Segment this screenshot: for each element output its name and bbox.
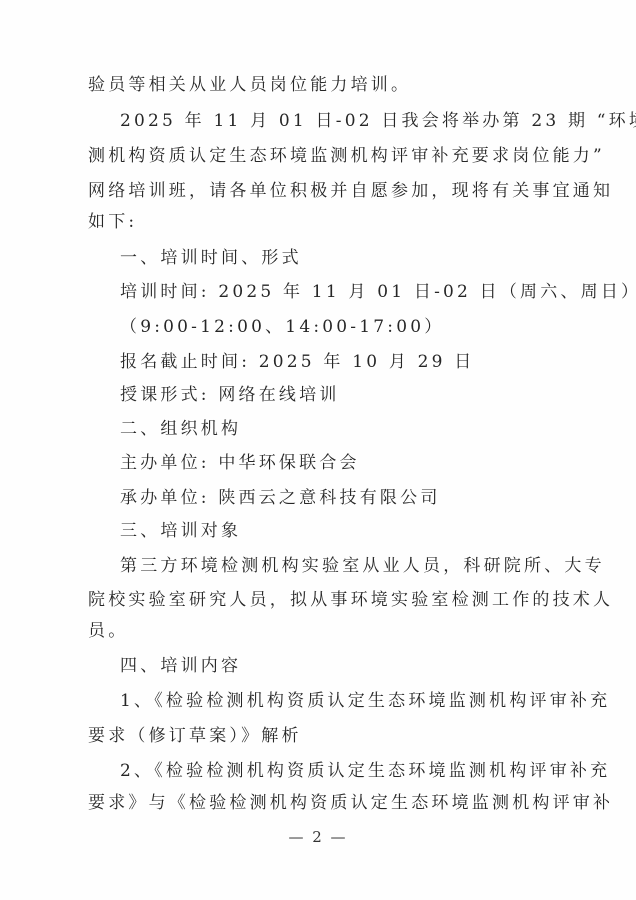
document-page: 验员等相关从业人员岗位能力培训。 2025 年 11 月 01 日-02 日我会… [0, 0, 636, 900]
paragraph-line: 员。 [88, 620, 548, 642]
section-heading-2: 二、组织机构 [120, 418, 580, 440]
content-item-2-cont: 要求》与《检验检测机构资质认定生态环境监测机构评审补 [88, 792, 548, 814]
section-heading-3: 三、培训对象 [120, 520, 580, 542]
registration-deadline: 报名截止时间: 2025 年 10 月 29 日 [120, 351, 580, 373]
section-heading-1: 一、培训时间、形式 [120, 247, 580, 269]
paragraph-line: 院校实验室研究人员，拟从事环境实验室检测工作的技术人 [88, 589, 548, 611]
training-hours: （9:00-12:00、14:00-17:00） [120, 316, 580, 338]
paragraph-line: 测机构资质认定生态环境监测机构评审补充要求岗位能力” [88, 145, 548, 167]
training-time: 培训时间: 2025 年 11 月 01 日-02 日（周六、周日） [120, 281, 580, 303]
content-item-1-cont: 要求（修订草案）》解析 [88, 725, 548, 747]
paragraph-line: 如下: [88, 211, 548, 233]
paragraph-line: 第三方环境检测机构实验室从业人员，科研院所、大专 [120, 555, 580, 577]
content-item-2: 2、《检验检测机构资质认定生态环境监测机构评审补充 [120, 760, 580, 782]
co-organizer: 承办单位: 陕西云之意科技有限公司 [120, 487, 580, 509]
section-heading-4: 四、培训内容 [120, 655, 580, 677]
teaching-format: 授课形式: 网络在线培训 [120, 384, 580, 406]
paragraph-line: 2025 年 11 月 01 日-02 日我会将举办第 23 期 “环境检 [120, 110, 580, 132]
paragraph-line: 网络培训班，请各单位积极并自愿参加，现将有关事宜通知 [88, 180, 548, 202]
paragraph-line: 验员等相关从业人员岗位能力培训。 [88, 74, 548, 96]
page-number: — 2 — [0, 828, 636, 846]
content-item-1: 1、《检验检测机构资质认定生态环境监测机构评审补充 [120, 690, 580, 712]
organizer: 主办单位: 中华环保联合会 [120, 452, 580, 474]
